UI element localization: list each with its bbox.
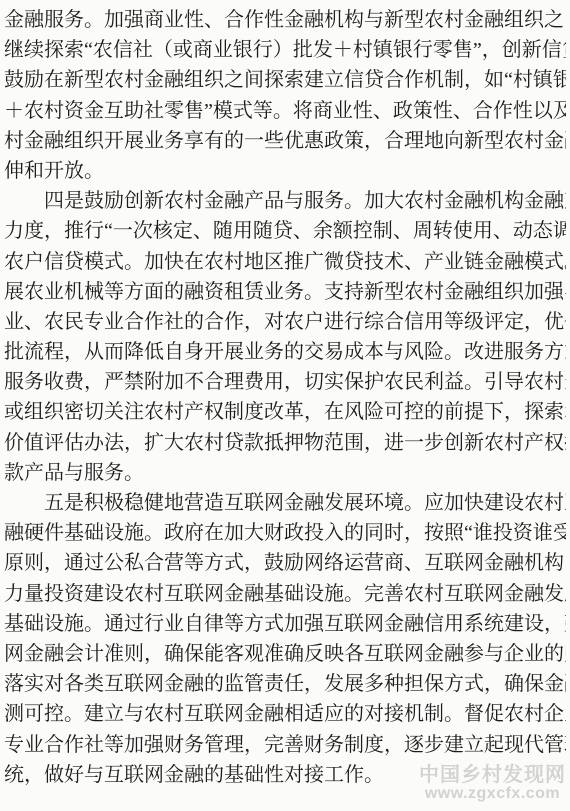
text-line: 基础设施。通过行业自律等方式加强互联网金融信用系统建设，建立互联 bbox=[4, 609, 566, 639]
text-line: 村金融组织开展业务享有的一些优惠政策，合理地向新型农村金融组织延 bbox=[4, 126, 566, 156]
text-line: 力量投资建设农村互联网金融基础设施。完善农村互联网金融发展的软件 bbox=[4, 579, 566, 609]
text-line: 伸和开放。 bbox=[4, 156, 566, 186]
text-line: 款产品与服务。 bbox=[4, 458, 566, 488]
text-line: 金融服务。加强商业性、合作性金融机构与新型农村金融组织之间的合作， bbox=[4, 5, 566, 35]
text-line: 继续探索“农信社（或商业银行）批发＋村镇银行零售”，创新信贷模式。 bbox=[4, 35, 566, 65]
text-line: 融硬件基础设施。政府在加大财政投入的同时，按照“谁投资谁受益”的 bbox=[4, 518, 566, 548]
text-line: 农户信贷模式。加快在农村地区推广微贷技术、产业链金融模式。鼓励开 bbox=[4, 247, 566, 277]
text-line: ＋农村资金互助社零售”模式等。将商业性、政策性、合作性以及新型农 bbox=[4, 96, 566, 126]
text-line: 网金融会计准则，确保能客观准确反映各互联网金融参与企业的财务状况， bbox=[4, 639, 566, 669]
text-line: 测可控。建立与农村互联网金融相适应的对接机制。督促农村企业、农民 bbox=[4, 699, 566, 729]
text-line: 展农业机械等方面的融资租赁业务。支持新型农村金融组织加强与龙头企 bbox=[4, 277, 566, 307]
text-line: 价值评估办法，扩大农村贷款抵押物范围，进一步创新农村产权抵质押贷 bbox=[4, 428, 566, 458]
text-line: 力度，推行“一次核定、随用随贷、余额控制、周转使用、动态调整”的 bbox=[4, 216, 566, 246]
document-text: 金融服务。加强商业性、合作性金融机构与新型农村金融组织之间的合作，继续探索“农信… bbox=[4, 5, 566, 790]
document-page: 中国乡村发现网 www.zgxcfx.com 金融服务。加强商业性、合作性金融机… bbox=[0, 0, 570, 811]
text-line: 落实对各类互联网金融的监管责任，发展多种担保方式，确保金融风险可 bbox=[4, 669, 566, 699]
text-line: 服务收费，严禁附加不合理费用，切实保护农民利益。引导农村金融机构 bbox=[4, 367, 566, 397]
text-line: 批流程，从而降低自身开展业务的交易成本与风险。改进服务方式，规范 bbox=[4, 337, 566, 367]
text-line: 鼓励在新型农村金融组织之间探索建立信贷合作机制，如“村镇银行批发 bbox=[4, 65, 566, 95]
text-line: 业、农民专业合作社的合作，对农户进行综合信用等级评定，优化贷款审 bbox=[4, 307, 566, 337]
text-line: 五是积极稳健地营造互联网金融发展环境。应加快建设农村互联网金 bbox=[4, 488, 566, 518]
text-line: 四是鼓励创新农村金融产品与服务。加大农村金融机构金融产品创新 bbox=[4, 186, 566, 216]
text-line: 或组织密切关注农村产权制度改革，在风险可控的前提下，探索农村产权 bbox=[4, 397, 566, 427]
text-line: 统，做好与互联网金融的基础性对接工作。 bbox=[4, 760, 566, 790]
text-line: 专业合作社等加强财务管理，完善财务制度，逐步建立起现代管理信息系 bbox=[4, 730, 566, 760]
text-line: 原则，通过公私合营等方式，鼓励网络运营商、互联网金融机构以及其他 bbox=[4, 548, 566, 578]
